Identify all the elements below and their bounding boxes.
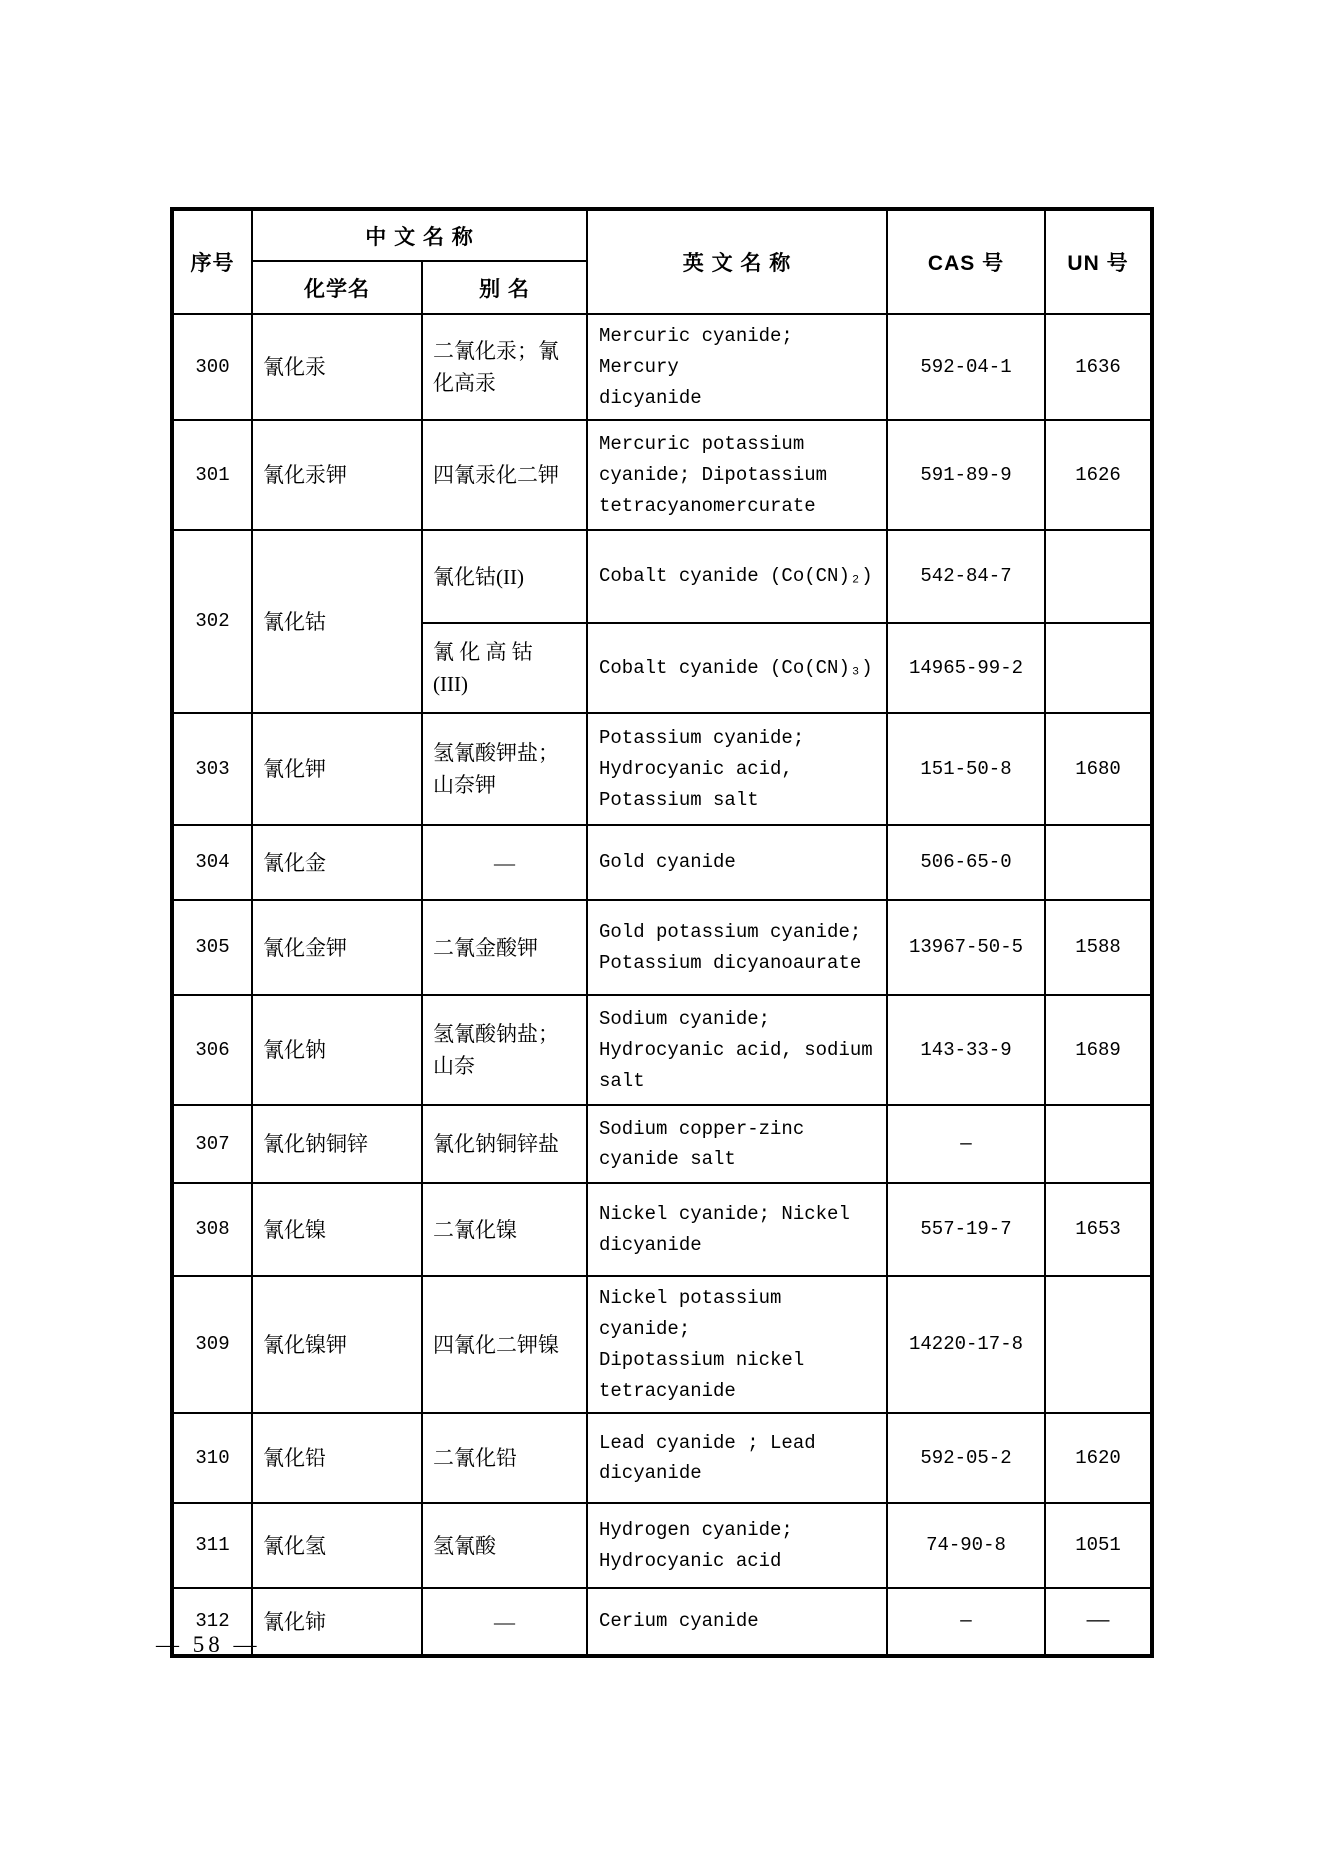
header-serial: 序号 [172,209,252,314]
english-name-cell: Cerium cyanide [587,1588,887,1656]
english-name-cell: Cobalt cyanide (Co(CN)₂) [587,530,887,623]
serial-cell: 304 [172,825,252,900]
alias-cell: 二氰化汞；氰 化高汞 [422,314,587,420]
chemical-name-cell: 氰化金 [252,825,422,900]
english-name-cell: Mercuric potassium cyanide; Dipotassium … [587,420,887,530]
cas-cell: 542-84-7 [887,530,1045,623]
alias-cell: 氰化钠铜锌盐 [422,1105,587,1183]
header-chinese-name-group: 中 文 名 称 [252,209,587,261]
document-page: 序号 中 文 名 称 英 文 名 称 CAS 号 UN 号 化学名 别 名 30… [0,0,1323,1871]
un-cell: 1680 [1045,713,1152,825]
un-cell: 1636 [1045,314,1152,420]
table-row: 300 氰化汞 二氰化汞；氰 化高汞 Mercuric cyanide; Mer… [172,314,1152,420]
serial-cell: 310 [172,1413,252,1503]
table-row: 305 氰化金钾 二氰金酸钾 Gold potassium cyanide; P… [172,900,1152,995]
table-row: 301 氰化汞钾 四氰汞化二钾 Mercuric potassium cyani… [172,420,1152,530]
chemical-name-cell: 氰化汞 [252,314,422,420]
alias-cell: 氰化钴(II) [422,530,587,623]
table-row: 307 氰化钠铜锌 氰化钠铜锌盐 Sodium copper-zinc cyan… [172,1105,1152,1183]
un-cell: 1051 [1045,1503,1152,1588]
un-cell: 1620 [1045,1413,1152,1503]
chemical-name-cell: 氰化钴 [252,530,422,713]
serial-cell: 309 [172,1276,252,1413]
english-name-cell: Sodium copper-zinc cyanide salt [587,1105,887,1183]
table-row: 303 氰化钾 氢氰酸钾盐； 山奈钾 Potassium cyanide; Hy… [172,713,1152,825]
alias-cell: 氢氰酸 [422,1503,587,1588]
table-header-row-1: 序号 中 文 名 称 英 文 名 称 CAS 号 UN 号 [172,209,1152,261]
chemicals-table: 序号 中 文 名 称 英 文 名 称 CAS 号 UN 号 化学名 别 名 30… [170,207,1154,1658]
cas-cell: 591-89-9 [887,420,1045,530]
page-number: — 58 — [156,1632,261,1658]
chemical-name-cell: 氰化汞钾 [252,420,422,530]
chemical-name-cell: 氰化钾 [252,713,422,825]
alias-cell: 二氰金酸钾 [422,900,587,995]
english-name-cell: Sodium cyanide; Hydrocyanic acid, sodium… [587,995,887,1105]
cas-cell: 74-90-8 [887,1503,1045,1588]
english-name-cell: Lead cyanide ; Lead dicyanide [587,1413,887,1503]
cas-cell: 13967-50-5 [887,900,1045,995]
un-cell: —— [1045,1588,1152,1656]
alias-cell: 氢氰酸钾盐； 山奈钾 [422,713,587,825]
header-cas-number: CAS 号 [887,209,1045,314]
un-cell [1045,530,1152,623]
cas-cell: — [887,1588,1045,1656]
alias-cell: 二氰化镍 [422,1183,587,1276]
serial-cell: 302 [172,530,252,713]
cas-cell: 14965-99-2 [887,623,1045,713]
un-cell: 1588 [1045,900,1152,995]
chemical-name-cell: 氰化铅 [252,1413,422,1503]
chemical-name-cell: 氰化氢 [252,1503,422,1588]
header-un-number: UN 号 [1045,209,1152,314]
table-row: 312 氰化铈 — Cerium cyanide — —— [172,1588,1152,1656]
cas-cell: 151-50-8 [887,713,1045,825]
serial-cell: 308 [172,1183,252,1276]
table-row: 304 氰化金 — Gold cyanide 506-65-0 [172,825,1152,900]
table-row: 308 氰化镍 二氰化镍 Nickel cyanide; Nickel dicy… [172,1183,1152,1276]
serial-cell: 311 [172,1503,252,1588]
english-name-cell: Hydrogen cyanide; Hydrocyanic acid [587,1503,887,1588]
english-name-cell: Cobalt cyanide (Co(CN)₃) [587,623,887,713]
un-cell: 1626 [1045,420,1152,530]
cas-cell: 143-33-9 [887,995,1045,1105]
serial-cell: 301 [172,420,252,530]
header-chemical-name: 化学名 [252,261,422,314]
header-alias: 别 名 [422,261,587,314]
cas-cell: 506-65-0 [887,825,1045,900]
un-cell [1045,1105,1152,1183]
un-cell [1045,825,1152,900]
english-name-cell: Nickel potassium cyanide; Dipotassium ni… [587,1276,887,1413]
table-row: 309 氰化镍钾 四氰化二钾镍 Nickel potassium cyanide… [172,1276,1152,1413]
cas-cell: 557-19-7 [887,1183,1045,1276]
alias-cell: 氢氰酸钠盐； 山奈 [422,995,587,1105]
english-name-cell: Mercuric cyanide; Mercury dicyanide [587,314,887,420]
cas-cell: 592-04-1 [887,314,1045,420]
table-row: 306 氰化钠 氢氰酸钠盐； 山奈 Sodium cyanide; Hydroc… [172,995,1152,1105]
serial-cell: 307 [172,1105,252,1183]
un-cell [1045,623,1152,713]
cas-cell: — [887,1105,1045,1183]
alias-cell: 四氰汞化二钾 [422,420,587,530]
chemical-name-cell: 氰化铈 [252,1588,422,1656]
un-cell [1045,1276,1152,1413]
serial-cell: 306 [172,995,252,1105]
english-name-cell: Potassium cyanide; Hydrocyanic acid, Pot… [587,713,887,825]
english-name-cell: Nickel cyanide; Nickel dicyanide [587,1183,887,1276]
cas-cell: 14220-17-8 [887,1276,1045,1413]
cas-cell: 592-05-2 [887,1413,1045,1503]
table-row: 311 氰化氢 氢氰酸 Hydrogen cyanide; Hydrocyani… [172,1503,1152,1588]
chemical-name-cell: 氰化镍 [252,1183,422,1276]
un-cell: 1653 [1045,1183,1152,1276]
un-cell: 1689 [1045,995,1152,1105]
alias-cell: — [422,1588,587,1656]
chemical-name-cell: 氰化金钾 [252,900,422,995]
table-row: 302 氰化钴 氰化钴(II) Cobalt cyanide (Co(CN)₂)… [172,530,1152,623]
serial-cell: 300 [172,314,252,420]
header-english-name: 英 文 名 称 [587,209,887,314]
chemical-name-cell: 氰化钠 [252,995,422,1105]
serial-cell: 305 [172,900,252,995]
serial-cell: 303 [172,713,252,825]
alias-cell: 氰 化 高 钴 (III) [422,623,587,713]
chemical-name-cell: 氰化镍钾 [252,1276,422,1413]
alias-cell: — [422,825,587,900]
english-name-cell: Gold cyanide [587,825,887,900]
english-name-cell: Gold potassium cyanide; Potassium dicyan… [587,900,887,995]
table-row: 310 氰化铅 二氰化铅 Lead cyanide ; Lead dicyani… [172,1413,1152,1503]
alias-cell: 四氰化二钾镍 [422,1276,587,1413]
chemical-name-cell: 氰化钠铜锌 [252,1105,422,1183]
alias-cell: 二氰化铅 [422,1413,587,1503]
